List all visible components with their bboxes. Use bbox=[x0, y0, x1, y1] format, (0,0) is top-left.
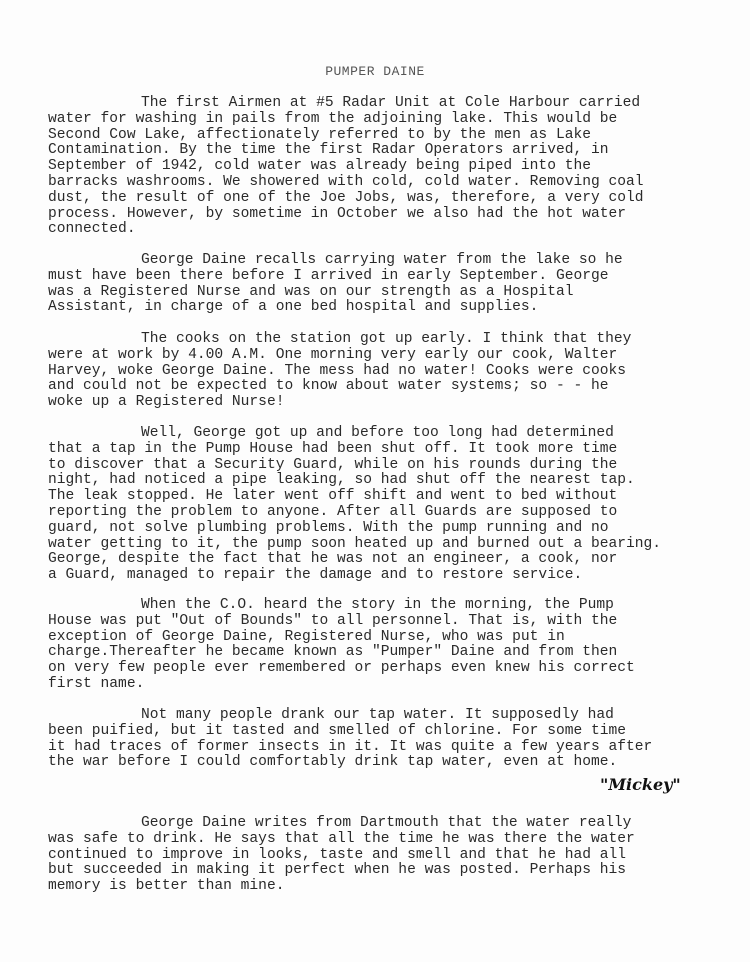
text-line: and could not be expected to know about … bbox=[48, 379, 748, 395]
text-line: must have been there before I arrived in… bbox=[48, 269, 748, 285]
text-line: House was put "Out of Bounds" to all per… bbox=[48, 614, 748, 630]
text-line: but succeeded in making it perfect when … bbox=[48, 863, 748, 879]
text-line: Second Cow Lake, affectionately referred… bbox=[48, 128, 748, 144]
paragraph-cooks: The cooks on the station got up early. I… bbox=[48, 332, 748, 411]
text-line: was a Registered Nurse and was on our st… bbox=[48, 285, 748, 301]
text-line: the war before I could comfortably drink… bbox=[48, 755, 748, 771]
text-line: a Guard, managed to repair the damage an… bbox=[48, 568, 748, 584]
text-line: water getting to it, the pump soon heate… bbox=[48, 537, 748, 553]
text-line: The first Airmen at #5 Radar Unit at Col… bbox=[48, 96, 748, 112]
text-line: dust, the result of one of the Joe Jobs,… bbox=[48, 191, 748, 207]
text-line: guard, not solve plumbing problems. With… bbox=[48, 521, 748, 537]
text-line: to discover that a Security Guard, while… bbox=[48, 458, 748, 474]
text-line: continued to improve in looks, taste and… bbox=[48, 848, 748, 864]
text-line: Assistant, in charge of a one bed hospit… bbox=[48, 300, 748, 316]
text-line: Contamination. By the time the first Rad… bbox=[48, 143, 748, 159]
text-line: reporting the problem to anyone. After a… bbox=[48, 505, 748, 521]
paragraph-tap-water: Not many people drank our tap water. It … bbox=[48, 708, 748, 771]
text-line: The leak stopped. He later went off shif… bbox=[48, 489, 748, 505]
text-line: exception of George Daine, Registered Nu… bbox=[48, 630, 748, 646]
text-line: When the C.O. heard the story in the mor… bbox=[48, 598, 748, 614]
paragraph-pump-house-repair: Well, George got up and before too long … bbox=[48, 426, 748, 584]
text-line: been puified, but it tasted and smelled … bbox=[48, 724, 748, 740]
text-line: Not many people drank our tap water. It … bbox=[48, 708, 748, 724]
text-line: was safe to drink. He says that all the … bbox=[48, 832, 748, 848]
document-page: PUMPER DAINE The first Airmen at #5 Rada… bbox=[0, 0, 750, 962]
text-line: George Daine writes from Dartmouth that … bbox=[48, 816, 748, 832]
paragraph-pumper-nickname: When the C.O. heard the story in the mor… bbox=[48, 598, 748, 693]
text-line: night, had noticed a pipe leaking, so ha… bbox=[48, 473, 748, 489]
text-line: Harvey, woke George Daine. The mess had … bbox=[48, 364, 748, 380]
text-line: George Daine recalls carrying water from… bbox=[48, 253, 748, 269]
paragraph-george-daine-nurse: George Daine recalls carrying water from… bbox=[48, 253, 748, 316]
text-line: on very few people ever remembered or pe… bbox=[48, 661, 748, 677]
text-line: water for washing in pails from the adjo… bbox=[48, 112, 748, 128]
text-line: charge.Thereafter he became known as "Pu… bbox=[48, 645, 748, 661]
text-line: connected. bbox=[48, 222, 748, 238]
text-line: Well, George got up and before too long … bbox=[48, 426, 748, 442]
text-line: it had traces of former insects in it. I… bbox=[48, 740, 748, 756]
document-title: PUMPER DAINE bbox=[0, 64, 750, 79]
author-signature: "Mickey" bbox=[600, 775, 681, 794]
text-line: that a tap in the Pump House had been sh… bbox=[48, 442, 748, 458]
text-line: George, despite the fact that he was not… bbox=[48, 552, 748, 568]
paragraph-radar-unit-water: The first Airmen at #5 Radar Unit at Col… bbox=[48, 96, 748, 238]
text-line: The cooks on the station got up early. I… bbox=[48, 332, 748, 348]
text-line: process. However, by sometime in October… bbox=[48, 207, 748, 223]
paragraph-dartmouth-letter: George Daine writes from Dartmouth that … bbox=[48, 816, 748, 895]
text-line: memory is better than mine. bbox=[48, 879, 748, 895]
text-line: September of 1942, cold water was alread… bbox=[48, 159, 748, 175]
text-line: first name. bbox=[48, 677, 748, 693]
text-line: were at work by 4.00 A.M. One morning ve… bbox=[48, 348, 748, 364]
text-line: barracks washrooms. We showered with col… bbox=[48, 175, 748, 191]
text-line: woke up a Registered Nurse! bbox=[48, 395, 748, 411]
